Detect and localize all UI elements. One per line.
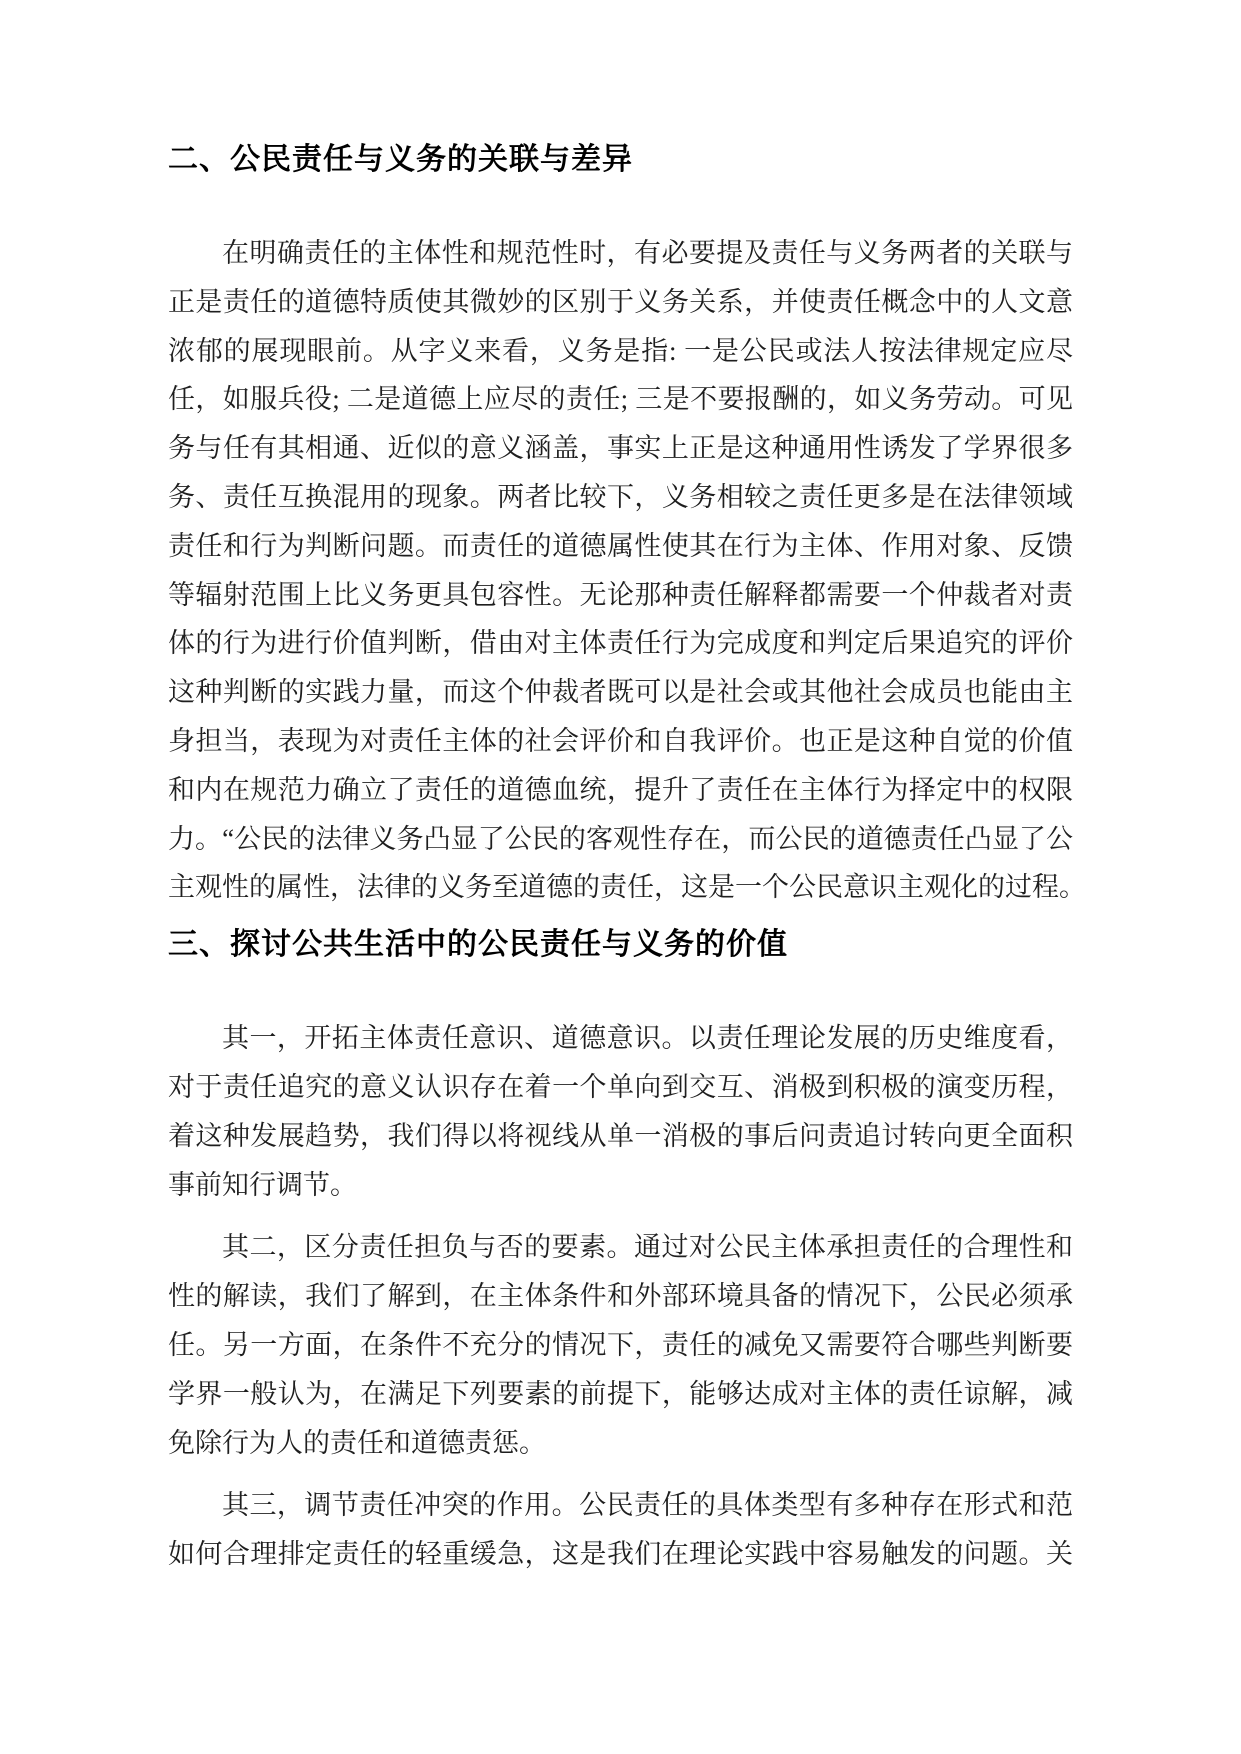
text-line: 其二，区分责任担负与否的要素。通过对公民主体承担责任的合理性和必要 <box>168 1223 1073 1272</box>
text-line: 和内在规范力确立了责任的道德血统，提升了责任在主体行为择定中的权限和活 <box>168 766 1073 815</box>
text-line: 事前知行调节。 <box>168 1161 1073 1210</box>
text-line: 主观性的属性，法律的义务至道德的责任，这是一个公民意识主观化的过程。" <box>168 863 1073 912</box>
text-line: 等辐射范围上比义务更具包容性。无论那种责任解释都需要一个仲裁者对责任主 <box>168 571 1073 620</box>
section-value-of-civic-responsibility: 三、探讨公共生活中的公民责任与义务的价值 其一，开拓主体责任意识、道德意识。以责… <box>168 926 1073 1579</box>
section-heading: 三、探讨公共生活中的公民责任与义务的价值 <box>168 926 1073 964</box>
document-page: 二、公民责任与义务的关联与差异 在明确责任的主体性和规范性时，有必要提及责任与义… <box>0 0 1241 1754</box>
text-line: 力。“公民的法律义务凸显了公民的客观性存在，而公民的道德责任凸显了公民 <box>168 815 1073 864</box>
paragraph: 其三，调节责任冲突的作用。公民责任的具体类型有多种存在形式和范围， 如何合理排定… <box>168 1481 1073 1579</box>
text-line: 如何合理排定责任的轻重缓急，这是我们在理论实践中容易触发的问题。关于人 <box>168 1530 1073 1579</box>
text-line: 性的解读，我们了解到，在主体条件和外部环境具备的情况下，公民必须承担责 <box>168 1272 1073 1321</box>
text-line: 在明确责任的主体性和规范性时，有必要提及责任与义务两者的关联与差异， <box>168 229 1073 278</box>
text-line: 务与任有其相通、近似的意义涵盖，事实上正是这种通用性诱发了学界很多将义 <box>168 424 1073 473</box>
paragraph: 其二，区分责任担负与否的要素。通过对公民主体承担责任的合理性和必要 性的解读，我… <box>168 1223 1073 1467</box>
text-line: 着这种发展趋势，我们得以将视线从单一消极的事后问责追讨转向更全面积极的 <box>168 1112 1073 1161</box>
section-heading: 二、公民责任与义务的关联与差异 <box>168 141 1073 179</box>
text-line: 责任和行为判断问题。而责任的道德属性使其在行为主体、作用对象、反馈力量 <box>168 522 1073 571</box>
text-line: 浓郁的展现眼前。从字义来看，义务是指: 一是公民或法人按法律规定应尽的责 <box>168 327 1073 376</box>
text-line: 身担当，表现为对责任主体的社会评价和自我评价。也正是这种自觉的价值判断 <box>168 717 1073 766</box>
text-line: 对于责任追究的意义认识存在着一个单向到交互、消极到积极的演变历程，伴随 <box>168 1063 1073 1112</box>
text-line: 体的行为进行价值判断，借由对主体责任行为完成度和判定后果追究的评价表达 <box>168 619 1073 668</box>
text-line: 这种判断的实践力量，而这个仲裁者既可以是社会或其他社会成员也能由主体自 <box>168 668 1073 717</box>
text-line: 任，如服兵役; 二是道德上应尽的责任; 三是不要报酬的，如义务劳动。可见义 <box>168 375 1073 424</box>
section-responsibility-vs-obligation: 二、公民责任与义务的关联与差异 在明确责任的主体性和规范性时，有必要提及责任与义… <box>168 141 1073 912</box>
text-line: 学界一般认为，在满足下列要素的前提下，能够达成对主体的责任谅解，减轻或 <box>168 1370 1073 1419</box>
text-line: 其三，调节责任冲突的作用。公民责任的具体类型有多种存在形式和范围， <box>168 1481 1073 1530</box>
paragraph: 在明确责任的主体性和规范性时，有必要提及责任与义务两者的关联与差异， 正是责任的… <box>168 229 1073 912</box>
paragraph: 其一，开拓主体责任意识、道德意识。以责任理论发展的历史维度看，人们 对于责任追究… <box>168 1014 1073 1209</box>
text-line: 务、责任互换混用的现象。两者比较下，义务相较之责任更多是在法律领域中的 <box>168 473 1073 522</box>
text-line: 正是责任的道德特质使其微妙的区别于义务关系，并使责任概念中的人文意味更 <box>168 278 1073 327</box>
text-line: 免除行为人的责任和道德责惩。 <box>168 1419 1073 1468</box>
text-line: 任。另一方面，在条件不充分的情况下，责任的减免又需要符合哪些判断要素呢。 <box>168 1321 1073 1370</box>
text-line: 其一，开拓主体责任意识、道德意识。以责任理论发展的历史维度看，人们 <box>168 1014 1073 1063</box>
